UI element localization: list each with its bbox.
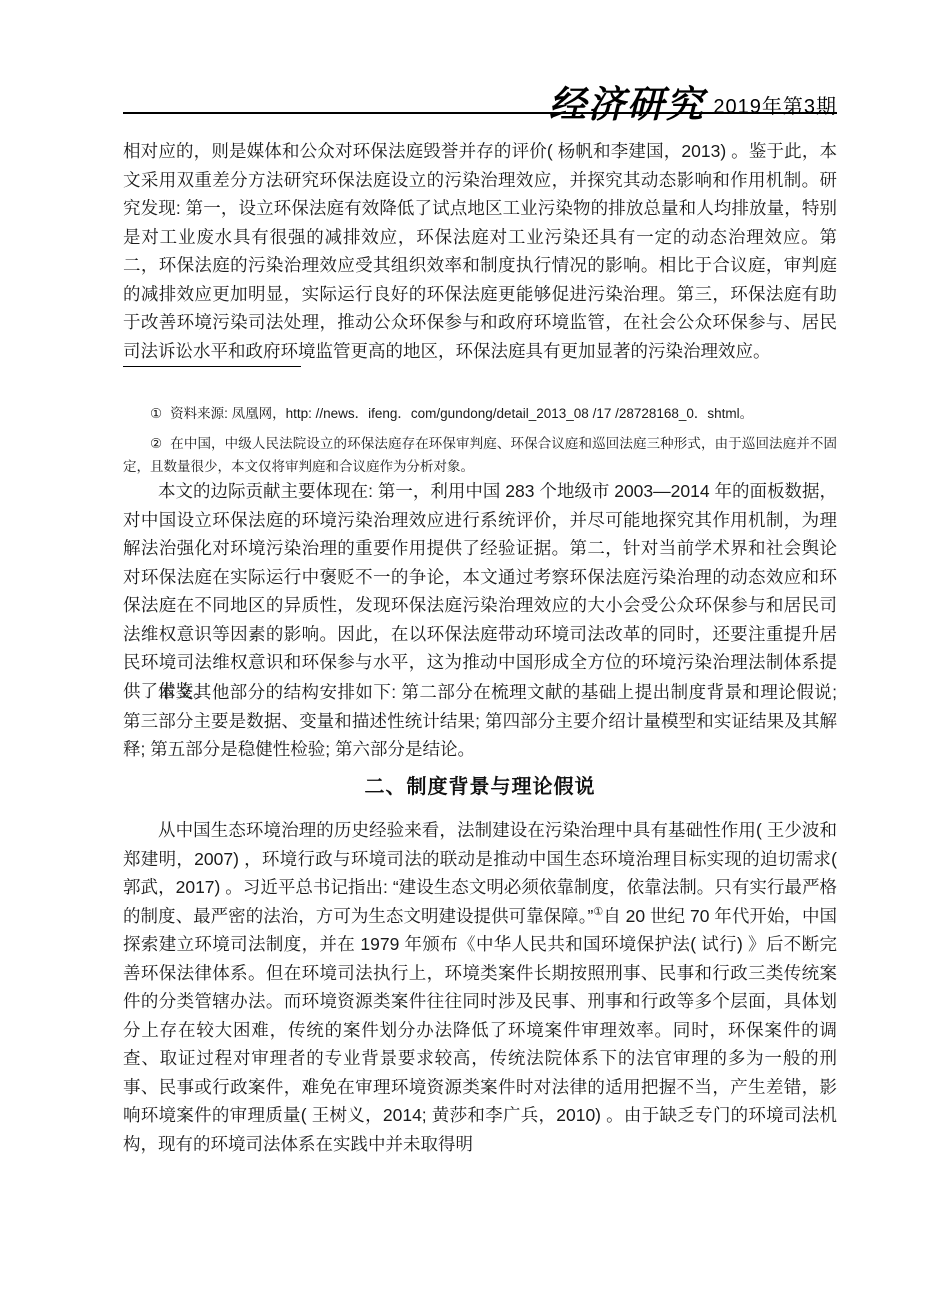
footnote-1-text: 资料来源: 凤凰网，http: //news．ifeng．com/gundong… [170, 406, 753, 421]
journal-page: 经济研究 2019年第3期 相对应的，则是媒体和公众对环保法庭毁誉并存的评价( … [0, 0, 950, 1290]
footnote-1-marker: ① [150, 406, 162, 421]
paragraph-section2-intro: 从中国生态环境治理的历史经验来看，法制建设在污染治理中具有基础性作用( 王少波和… [123, 816, 837, 1158]
paragraph-contributions: 本文的边际贡献主要体现在: 第一，利用中国 283 个地级市 2003—2014… [123, 477, 837, 705]
footnote-ref-1: ① [593, 906, 603, 918]
footnote-2-text: 在中国，中级人民法院设立的环保法庭存在环保审判庭、环保合议庭和巡回法庭三种形式，… [123, 436, 837, 474]
journal-issue: 2019年第3期 [713, 96, 837, 118]
footnote-2: ②在中国，中级人民法院设立的环保法庭存在环保审判庭、环保合议庭和巡回法庭三种形式… [123, 433, 837, 478]
section-heading: 二、制度背景与理论假说 [123, 770, 837, 799]
footnote-separator [123, 366, 301, 367]
footnote-2-marker: ② [150, 436, 162, 451]
paragraph-structure: 本文其他部分的结构安排如下: 第二部分在梳理文献的基础上提出制度背景和理论假说;… [123, 678, 837, 764]
paragraph-abstract-continuation: 相对应的，则是媒体和公众对环保法庭毁誉并存的评价( 杨帆和李建国，2013) 。… [123, 137, 837, 365]
journal-logo: 经济研究 [549, 82, 705, 126]
running-header: 经济研究 2019年第3期 [123, 74, 837, 128]
section2-text-part2: 自 20 世纪 70 年代开始，中国探索建立环境司法制度，并在 1979 年颁布… [123, 906, 837, 1154]
footnote-1: ①资料来源: 凤凰网，http: //news．ifeng．com/gundon… [123, 403, 837, 426]
header-rule [123, 112, 837, 114]
